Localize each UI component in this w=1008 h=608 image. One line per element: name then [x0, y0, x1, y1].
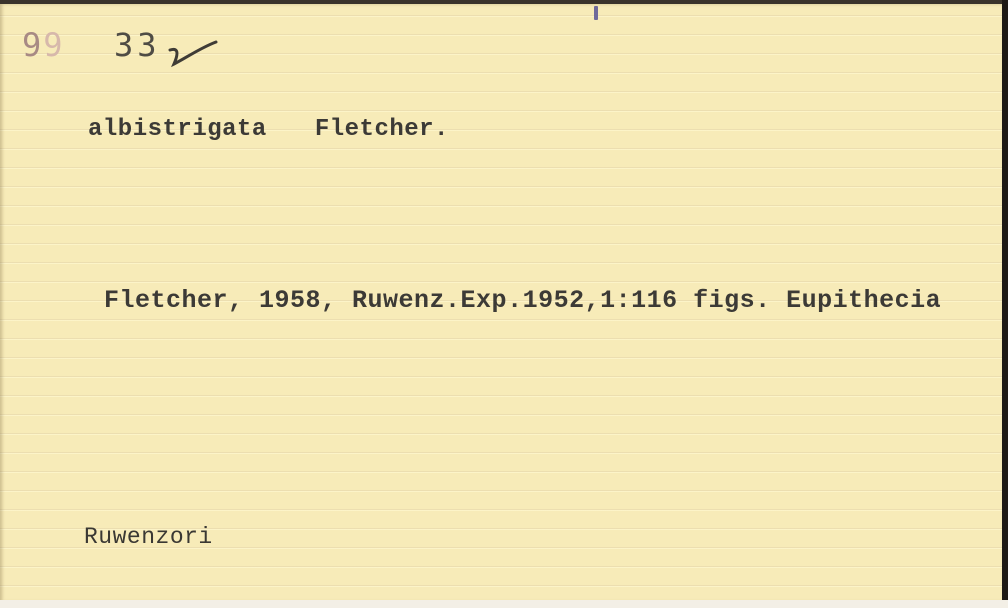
stamp-digit-1: 9	[22, 26, 43, 64]
literature-reference: Fletcher, 1958, Ruwenz.Exp.1952,1:116 fi…	[104, 286, 941, 315]
species-epithet: albistrigata	[88, 116, 267, 143]
handwritten-number: 33	[114, 26, 161, 64]
check-mark-icon	[168, 38, 218, 68]
locality: Ruwenzori	[84, 524, 213, 550]
index-card: 99 33 albistrigataFletcher. Fletcher, 19…	[0, 4, 1002, 602]
card-right-edge	[1002, 0, 1008, 608]
stamp-digit-2: 9	[43, 26, 64, 64]
card-bottom-edge	[0, 600, 1008, 608]
species-author: Fletcher.	[315, 116, 449, 143]
tab-marker	[594, 6, 598, 20]
species-name-line: albistrigataFletcher.	[88, 116, 449, 143]
stamped-number: 99	[22, 26, 65, 64]
